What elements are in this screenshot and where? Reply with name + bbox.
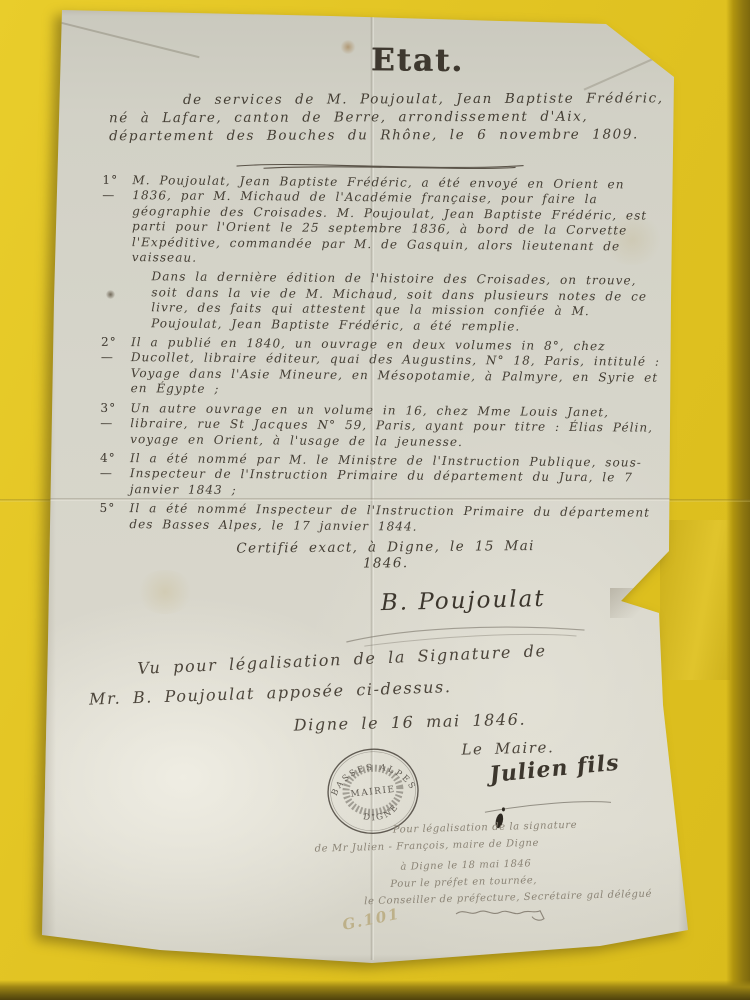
item-number: 5°: [99, 501, 129, 532]
service-item: Dans la dernière édition de l'histoire d…: [101, 269, 662, 336]
item-text: Il a publié en 1840, un ouvrage en deux …: [131, 335, 662, 401]
prefecture-note-line-3: à Digne le 18 mai 1846: [400, 858, 531, 872]
legalization-line-2: Mr. B. Poujoulat apposée ci-dessus.: [89, 677, 452, 709]
item-text: Il a été nommé par M. le Ministre de l'I…: [130, 451, 660, 502]
service-item: 3° — Un autre ouvrage en un volume in 16…: [100, 401, 660, 452]
item-number: 3° —: [100, 401, 130, 447]
intro-paragraph: de services de M. Poujoulat, Jean Baptis…: [109, 89, 665, 145]
legalization-line-1: Vu pour légalisation de la Signature de: [137, 641, 547, 678]
item-number: 1° —: [102, 173, 133, 266]
signature-flourish-mayor: [471, 789, 621, 816]
item-number: [101, 269, 132, 331]
service-item: 4° — Il a été nommé par M. le Ministre d…: [100, 451, 660, 502]
prefecture-signature-squiggle: [454, 904, 549, 923]
ink-blot: [502, 807, 505, 811]
legalization-line-3: Digne le 16 mai 1846.: [294, 710, 527, 735]
photo-of-document: Etat. de services de M. Poujoulat, Jean …: [0, 0, 750, 1000]
service-items: 1° — M. Poujoulat, Jean Baptiste Frédéri…: [99, 173, 662, 541]
background-shading-bottom: [0, 980, 750, 1000]
archival-pencil-mark: G.101: [341, 905, 402, 934]
document-content: Etat. de services de M. Poujoulat, Jean …: [0, 0, 750, 1000]
signature-poujoulat: B. Poujoulat: [380, 586, 545, 616]
item-text: Un autre ouvrage en un volume in 16, che…: [130, 401, 660, 452]
item-text: Il a été nommé Inspecteur de l'Instructi…: [129, 501, 659, 536]
svg-text:DIGNE: DIGNE: [361, 801, 403, 825]
document-title: Etat.: [347, 42, 487, 79]
flourish-divider: [233, 157, 528, 176]
item-text: M. Poujoulat, Jean Baptiste Frédéric, a …: [132, 173, 663, 270]
document-sheet: Etat. de services de M. Poujoulat, Jean …: [40, 0, 692, 972]
item-number: 4° —: [100, 451, 130, 497]
item-number: 2° —: [101, 335, 132, 397]
item-text: Dans la dernière édition de l'histoire d…: [131, 270, 662, 336]
stamp-center-text: MAIRIE: [350, 785, 396, 800]
service-item: 1° — M. Poujoulat, Jean Baptiste Frédéri…: [102, 173, 663, 270]
service-item: 5° Il a été nommé Inspecteur de l'Instru…: [99, 501, 659, 537]
prefecture-note-line-4: Pour le préfet en tournée,: [390, 875, 537, 890]
certification-line: Certifié exact, à Digne, le 15 Mai 1846.: [233, 538, 538, 573]
legalization-line-4: Le Maire.: [461, 738, 554, 758]
stamp-arc-bottom-text: DIGNE: [361, 801, 403, 825]
service-item: 2° — Il a publié en 1840, un ouvrage en …: [101, 335, 662, 402]
